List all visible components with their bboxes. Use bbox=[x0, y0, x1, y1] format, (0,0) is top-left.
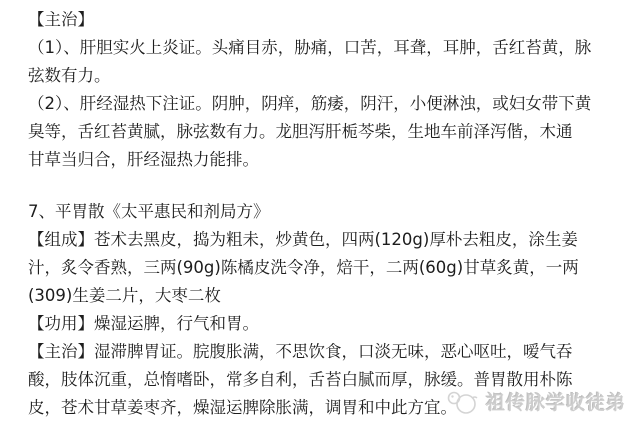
watermark-mascot-icon bbox=[446, 389, 480, 415]
watermark: 祖传脉学收徒弟 bbox=[446, 388, 626, 415]
formula-title-pingweisan: 7、平胃散《太平惠民和剂局方》 bbox=[28, 198, 620, 226]
watermark-text: 祖传脉学收徒弟 bbox=[486, 388, 626, 415]
section-header-zhuzhi: 【主治】 bbox=[28, 6, 620, 34]
indication-item-1: （1）、肝胆实火上炎证。头痛目赤，胁痛，口苦，耳聋，耳肿，舌红苔黄，脉 弦数有力… bbox=[28, 34, 620, 90]
composition-paragraph: 【组成】苍术去黑皮，捣为粗未，炒黄色，四两(120g)厚朴去粗皮，涂生姜 汁，炙… bbox=[28, 226, 620, 310]
document-body: 【主治】 （1）、肝胆实火上炎证。头痛目赤，胁痛，口苦，耳聋，耳肿，舌红苔黄，脉… bbox=[28, 6, 620, 422]
indication-item-2: （2）、肝经湿热下注证。阴肿，阴痒，筋痿，阴汗，小便淋浊，或妇女带下黄 臭等，舌… bbox=[28, 90, 620, 174]
function-paragraph: 【功用】燥湿运脾，行气和胃。 bbox=[28, 310, 620, 338]
